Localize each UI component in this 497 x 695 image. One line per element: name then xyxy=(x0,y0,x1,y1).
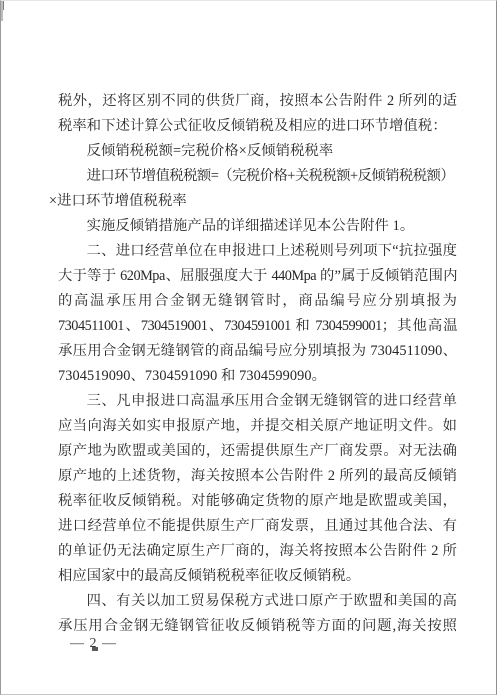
formula-line: ×进口环节增值税税率 xyxy=(49,189,457,214)
body-line: 税率征收反倾销税。对能够确定货物的原产地是欧盟或美国，但 xyxy=(58,489,457,514)
scanned-document-page: 税外，还将区别不同的供货厂商，按照本公告附件 2 所列的适用 税率和下述计算公式… xyxy=(0,0,497,695)
body-line: 税率和下述计算公式征收反倾销税及相应的进口环节增值税： xyxy=(58,114,457,139)
body-line: 实施反倾销措施产品的详细描述详见本公告附件 1。 xyxy=(58,214,457,239)
body-line: 的单证仍无法确定原生产厂商的，海关将按照本公告附件 2 所列 xyxy=(58,539,457,564)
body-line: 大于等于 620Mpa、屈服强度大于 440Mpa 的”属于反倾销范围内 xyxy=(58,264,457,289)
body-line: 税外，还将区别不同的供货厂商，按照本公告附件 2 所列的适用 xyxy=(58,89,457,114)
formula-line: 进口环节增值税税额=（完税价格+关税税额+反倾销税税额） xyxy=(58,164,457,189)
document-body: 税外，还将区别不同的供货厂商，按照本公告附件 2 所列的适用 税率和下述计算公式… xyxy=(58,89,457,639)
formula-line: 反倾销税税额=完税价格×反倾销税税率 xyxy=(58,139,457,164)
page-number: — 2 — xyxy=(70,631,117,656)
body-line: 7304511001、7304519001、7304591001 和 73045… xyxy=(58,314,457,339)
body-line: 进口经营单位不能提供原生产厂商发票，且通过其他合法、有效 xyxy=(58,514,457,539)
body-line: 原产地为欧盟或美国的，还需提供原生产厂商发票。对无法确定 xyxy=(58,439,457,464)
body-line: 相应国家中的最高反倾销税税率征收反倾销税。 xyxy=(58,564,457,589)
body-line: 承压用合金钢无缝钢管的商品编号应分别填报为 7304511090、 xyxy=(58,339,457,364)
body-line: 应当向海关如实申报原产地，并提交相关原产地证明文件。如果 xyxy=(58,414,457,439)
scan-artifact xyxy=(1,1,3,21)
body-line: 三、凡申报进口高温承压用合金钢无缝钢管的进口经营单位， xyxy=(58,389,457,414)
body-line: 四、有关以加工贸易保税方式进口原产于欧盟和美国的高温 xyxy=(58,589,457,614)
scan-artifact xyxy=(92,647,98,651)
body-line: 二、进口经营单位在申报进口上述税则号列项下“抗拉强度 xyxy=(58,239,457,264)
body-line: 承压用合金钢无缝钢管征收反倾销税等方面的问题,海关按照《中 xyxy=(58,614,457,639)
body-line: 的高温承压用合金钢无缝钢管时，商品编号应分别填报为 xyxy=(58,289,457,314)
body-line: 原产地的上述货物，海关按照本公告附件 2 所列的最高反倾销税 xyxy=(58,464,457,489)
body-line: 7304519090、7304591090 和 7304599090。 xyxy=(58,364,457,389)
